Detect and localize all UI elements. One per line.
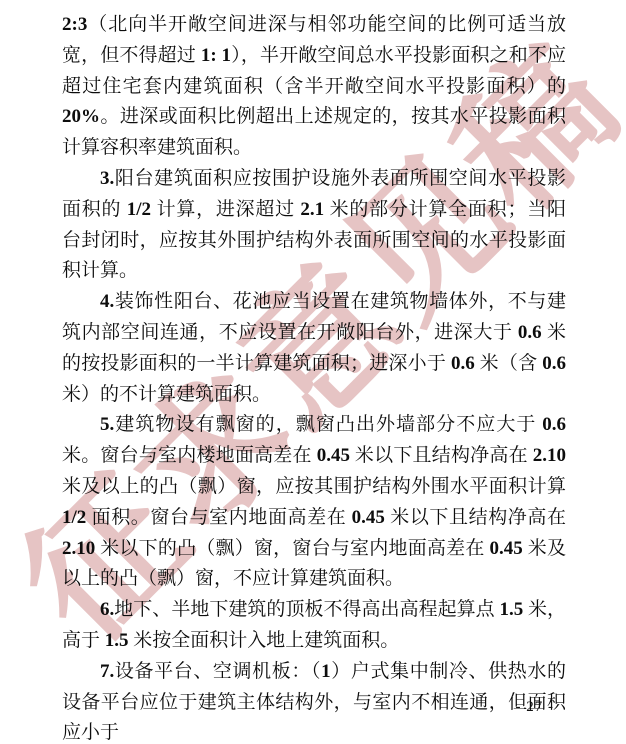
body-text: 米以下的凸（飘）窗，窗台与室内地面高差在 <box>95 538 489 559</box>
document-body: 2:3（北向半开敞空间进深与相邻功能空间的比例可适当放宽，但不得超过 1: 1）… <box>62 10 566 744</box>
emphasized-value: 3. <box>100 168 114 189</box>
paragraph: 4.装饰性阳台、花池应当设置在建筑物墙体外，不与建筑内部空间连通，不应设置在开敞… <box>62 287 566 410</box>
body-text: 。进深或面积比例超出上述规定的，按其水平投影面积计算容积率建筑面积。 <box>62 106 566 158</box>
emphasized-value: 2:3 <box>62 14 87 35</box>
body-text: 计算，进深超过 <box>151 199 300 220</box>
emphasized-value: 4. <box>100 291 114 312</box>
document-page: 征求意见稿 2:3（北向半开敞空间进深与相邻功能空间的比例可适当放宽，但不得超过… <box>0 0 626 744</box>
emphasized-value: 0.6 <box>542 414 566 435</box>
emphasized-value: 5. <box>100 414 114 435</box>
emphasized-value: 1.5 <box>105 630 129 651</box>
emphasized-value: 1.5 <box>499 599 523 620</box>
page-number: - 27 - <box>516 699 555 716</box>
emphasized-value: 2.10 <box>533 445 566 466</box>
emphasized-value: 0.45 <box>317 445 350 466</box>
emphasized-value: 7. <box>100 661 114 682</box>
body-text: 米。窗台与室内楼地面高差在 <box>62 445 317 466</box>
body-text: 建筑物设有飘窗的，飘窗凸出外墙部分不应大于 <box>114 414 542 435</box>
body-text: 面积。窗台与室内地面高差在 <box>86 507 351 528</box>
emphasized-value: 0.6 <box>542 353 566 374</box>
paragraph: 6.地下、半地下建筑的顶板不得高出高程起算点 1.5 米，高于 1.5 米按全面… <box>62 595 566 657</box>
emphasized-value: 2.1 <box>300 199 324 220</box>
emphasized-value: 20% <box>62 106 100 127</box>
body-text: 米按全面积计入地上建筑面积。 <box>129 630 400 651</box>
emphasized-value: 0.6 <box>518 322 542 343</box>
emphasized-value: 1 <box>321 661 331 682</box>
emphasized-value: 6. <box>100 599 114 620</box>
body-text: 设备平台、空调机板：（ <box>114 661 321 682</box>
body-text: 米以下且结构净高在 <box>350 445 533 466</box>
body-text: 米）的不计算建筑面积。 <box>62 384 271 405</box>
body-text: 米以下且结构净高在 <box>385 507 566 528</box>
body-text: 米（含 <box>475 353 543 374</box>
emphasized-value: 1/2 <box>62 507 86 528</box>
paragraph: 7.设备平台、空调机板：（1）户式集中制冷、供热水的设备平台应位于建筑主体结构外… <box>62 657 566 744</box>
body-text: 米及以上的凸（飘）窗，应按其围护结构外围水平面积计算 <box>62 476 566 497</box>
emphasized-value: 0.45 <box>352 507 385 528</box>
emphasized-value: 0.6 <box>451 353 475 374</box>
emphasized-value: 2.10 <box>62 538 95 559</box>
paragraph: 5.建筑物设有飘窗的，飘窗凸出外墙部分不应大于 0.6 米。窗台与室内楼地面高差… <box>62 410 566 595</box>
paragraph: 3.阳台建筑面积应按围护设施外表面所围空间水平投影面积的 1/2 计算，进深超过… <box>62 164 566 287</box>
emphasized-value: 1/2 <box>127 199 151 220</box>
emphasized-value: 0.45 <box>490 538 523 559</box>
emphasized-value: 1: 1 <box>201 45 231 66</box>
body-text: 地下、半地下建筑的顶板不得高出高程起算点 <box>114 599 499 620</box>
body-text: 装饰性阳台、花池应当设置在建筑物墙体外，不与建筑内部空间连通，不应设置在开敞阳台… <box>62 291 566 343</box>
paragraph: 2:3（北向半开敞空间进深与相邻功能空间的比例可适当放宽，但不得超过 1: 1）… <box>62 10 566 164</box>
